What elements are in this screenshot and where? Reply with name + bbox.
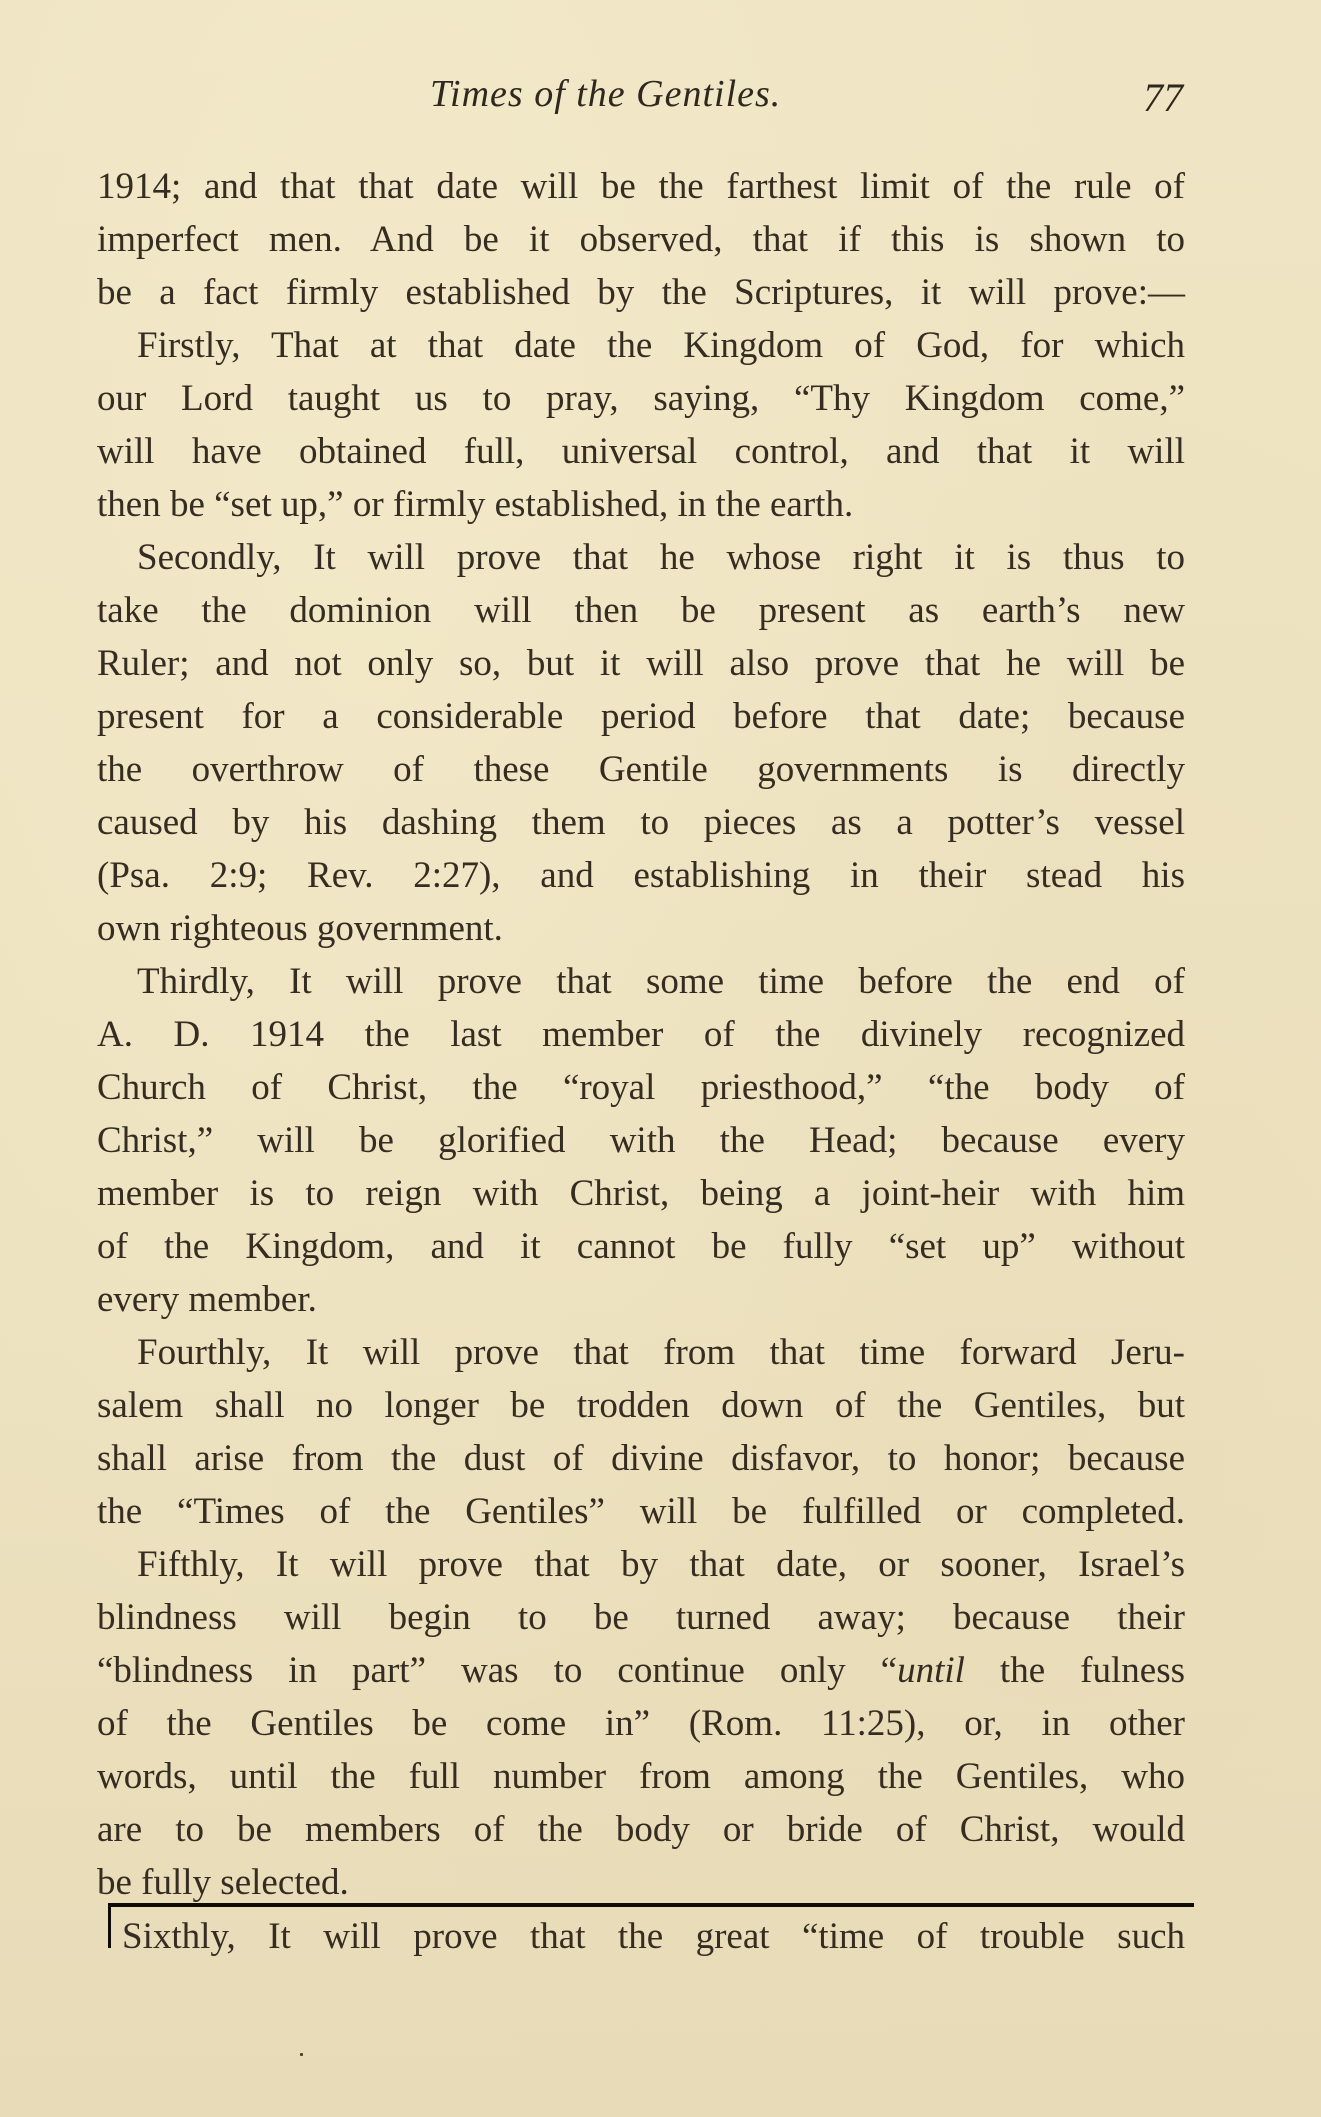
text-line: take the dominion will then be present a… [97,584,1185,637]
book-page: Times of the Gentiles. 77 1914; and that… [0,0,1321,2117]
text-line: Ruler; and not only so, but it will also… [97,637,1185,690]
page-number: 77 [1143,72,1183,124]
paragraph-firstly-start: Firstly, That at that date the Kingdom o… [137,319,1185,372]
text-line: imperfect men. And be it observed, that … [97,213,1185,266]
text-line-with-italic: “blindness in part” was to continue only… [97,1644,1185,1697]
text-segment: “blindness in part” was to continue only… [97,1650,897,1691]
text-line: A. D. 1914 the last member of the divine… [97,1008,1185,1061]
text-line: be fully selected. [97,1856,1185,1909]
text-line: our Lord taught us to pray, saying, “Thy… [97,372,1185,425]
paragraph-thirdly-start: Thirdly, It will prove that some time be… [137,955,1185,1008]
text-line: 1914; and that that date will be the far… [97,160,1185,213]
paragraph-fifthly-start: Fifthly, It will prove that by that date… [137,1538,1185,1591]
text-line: (Psa. 2:9; Rev. 2:27), and establishing … [97,849,1185,902]
crop-rule-vertical [108,1903,111,1948]
text-line: words, until the full number from among … [97,1750,1185,1803]
text-line: present for a considerable period before… [97,690,1185,743]
paragraph-fourthly-start: Fourthly, It will prove that from that t… [137,1326,1185,1379]
text-line: own righteous government. [97,902,1185,955]
text-line: will have obtained full, universal contr… [97,425,1185,478]
paragraph-secondly-start: Secondly, It will prove that he whose ri… [137,531,1185,584]
text-segment: the fulness [965,1650,1185,1691]
running-head: Times of the Gentiles. 77 [0,68,1321,120]
crop-rule-horizontal [108,1903,1194,1907]
text-line: caused by his dashing them to pieces as … [97,796,1185,849]
text-line: then be “set up,” or firmly established,… [97,478,1185,531]
text-line: of the Gentiles be come in” (Rom. 11:25)… [97,1697,1185,1750]
text-line: be a fact firmly established by the Scri… [97,266,1185,319]
text-line: of the Kingdom, and it cannot be fully “… [97,1220,1185,1273]
text-line: are to be members of the body or bride o… [97,1803,1185,1856]
text-line: salem shall no longer be trodden down of… [97,1379,1185,1432]
text-line: the overthrow of these Gentile governmen… [97,743,1185,796]
text-line: blindness will begin to be turned away; … [97,1591,1185,1644]
italic-emphasis: until [897,1650,965,1691]
text-line: shall arise from the dust of divine disf… [97,1432,1185,1485]
text-line: the “Times of the Gentiles” will be fulf… [97,1485,1185,1538]
text-line: Christ,” will be glorified with the Head… [97,1114,1185,1167]
running-title: Times of the Gentiles. [430,68,781,120]
text-line: member is to reign with Christ, being a … [97,1167,1185,1220]
text-line: every member. [97,1273,1185,1326]
paragraph-sixthly-start: Sixthly, It will prove that the great “t… [122,1910,1185,1963]
scan-speck [300,2053,303,2056]
text-line: Church of Christ, the “royal priesthood,… [97,1061,1185,1114]
